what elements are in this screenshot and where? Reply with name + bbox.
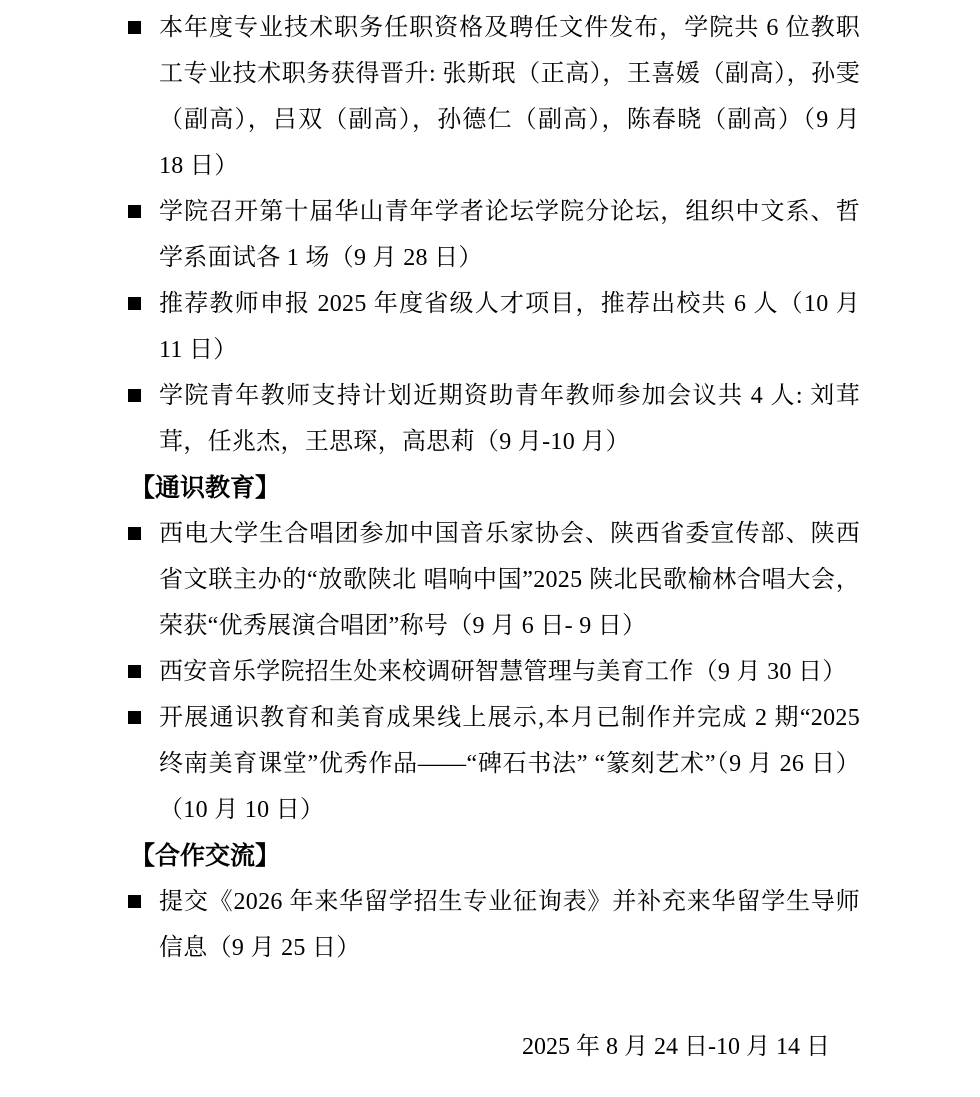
square-bullet-icon	[128, 373, 159, 402]
bullet-text: 西安音乐学院招生处来校调研智慧管理与美育工作（9 月 30 日）	[159, 649, 860, 695]
bullet-item: 西电大学生合唱团参加中国音乐家协会、陕西省委宣传部、陕西省文联主办的“放歌陕北 …	[128, 511, 860, 649]
square-bullet-icon	[128, 189, 159, 218]
square-bullet-icon	[128, 511, 159, 540]
bullet-item: 学院青年教师支持计划近期资助青年教师参加会议共 4 人: 刘茸茸，任兆杰，王思琛…	[128, 373, 860, 465]
bullet-text: 提交《2026 年来华留学招生专业征询表》并补充来华留学生导师信息（9 月 25…	[159, 879, 860, 971]
newsletter-body: 本年度专业技术职务任职资格及聘任文件发布，学院共 6 位教职工专业技术职务获得晋…	[128, 5, 860, 971]
square-bullet-icon	[128, 649, 159, 678]
bullet-item: 推荐教师申报 2025 年度省级人才项目，推荐出校共 6 人（10 月 11 日…	[128, 281, 860, 373]
square-bullet-icon	[128, 5, 159, 34]
bullet-item: 西安音乐学院招生处来校调研智慧管理与美育工作（9 月 30 日）	[128, 649, 860, 695]
square-bullet-icon	[128, 695, 159, 724]
date-range-footer: 2025 年 8 月 24 日-10 月 14 日	[522, 1024, 830, 1070]
square-bullet-icon	[128, 879, 159, 908]
bullet-item: 开展通识教育和美育成果线上展示,本月已制作并完成 2 期“2025 终南美育课堂…	[128, 695, 860, 833]
bullet-item: 提交《2026 年来华留学招生专业征询表》并补充来华留学生导师信息（9 月 25…	[128, 879, 860, 971]
bullet-text: 西电大学生合唱团参加中国音乐家协会、陕西省委宣传部、陕西省文联主办的“放歌陕北 …	[159, 511, 860, 649]
bullet-item: 学院召开第十届华山青年学者论坛学院分论坛，组织中文系、哲学系面试各 1 场（9 …	[128, 189, 860, 281]
bullet-text: 本年度专业技术职务任职资格及聘任文件发布，学院共 6 位教职工专业技术职务获得晋…	[159, 5, 860, 189]
bullet-text: 推荐教师申报 2025 年度省级人才项目，推荐出校共 6 人（10 月 11 日…	[159, 281, 860, 373]
bullet-text: 学院召开第十届华山青年学者论坛学院分论坛，组织中文系、哲学系面试各 1 场（9 …	[159, 189, 860, 281]
section-header-cooperation-exchange: 【合作交流】	[128, 833, 860, 879]
document-page: 本年度专业技术职务任职资格及聘任文件发布，学院共 6 位教职工专业技术职务获得晋…	[0, 0, 980, 1097]
square-bullet-icon	[128, 281, 159, 310]
bullet-text: 学院青年教师支持计划近期资助青年教师参加会议共 4 人: 刘茸茸，任兆杰，王思琛…	[159, 373, 860, 465]
section-header-general-education: 【通识教育】	[128, 465, 860, 511]
bullet-text: 开展通识教育和美育成果线上展示,本月已制作并完成 2 期“2025 终南美育课堂…	[159, 695, 860, 833]
date-range-text: 2025 年 8 月 24 日-10 月 14 日	[522, 1034, 830, 1060]
bullet-item: 本年度专业技术职务任职资格及聘任文件发布，学院共 6 位教职工专业技术职务获得晋…	[128, 5, 860, 189]
